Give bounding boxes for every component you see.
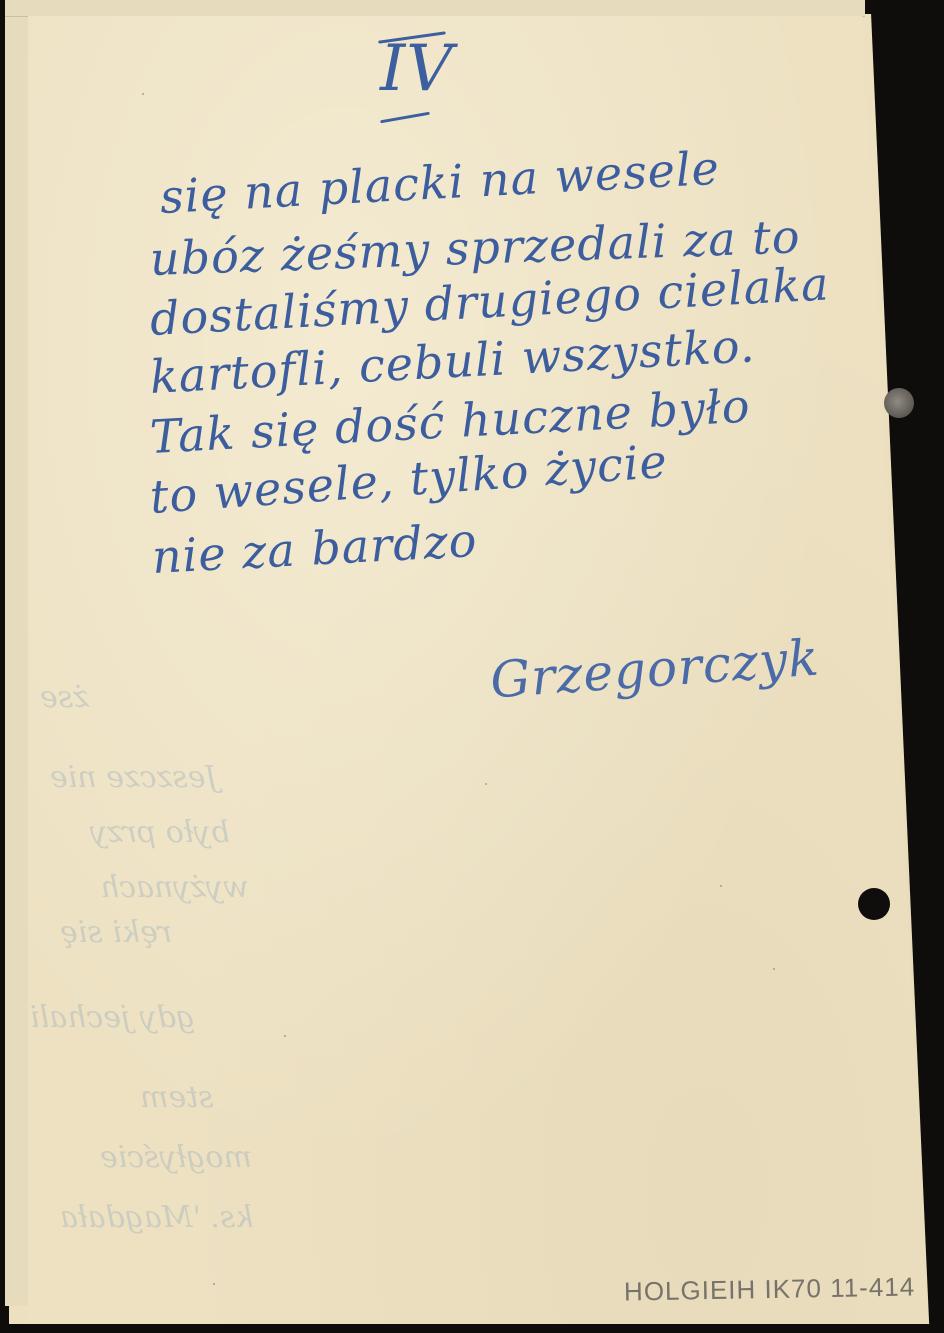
punch-hole: [884, 388, 914, 418]
bleed-through-text: ks. 'Magdała: [60, 1200, 253, 1235]
bleed-through-text: było przy: [90, 815, 230, 850]
bleed-through-text: mogłyście: [100, 1140, 252, 1175]
paper-speck: [720, 885, 722, 887]
paper-speck: [773, 968, 775, 970]
archive-signature: HOLGIEIH IK70 11-414: [624, 1271, 916, 1307]
paper-speck: [213, 1283, 215, 1285]
page-numeral: IV: [380, 32, 454, 106]
sheet-edge-left: [5, 0, 30, 1306]
bleed-through-text: stem: [140, 1080, 214, 1115]
bleed-through-text: gdy jechali: [30, 1000, 195, 1035]
punch-hole: [858, 888, 890, 920]
bleed-through-text: żse: [40, 680, 89, 715]
sheet-edge-top: [5, 0, 865, 17]
scanned-page: żse Jeszcze nie było przy wyżynach ręki …: [0, 0, 944, 1333]
paper-speck: [284, 1035, 286, 1037]
paper-speck: [485, 783, 487, 785]
bleed-through-text: ręki się: [60, 915, 172, 950]
paper-speck: [142, 93, 144, 95]
bleed-through-text: wyżynach: [100, 870, 249, 905]
bleed-through-text: Jeszcze nie: [50, 760, 218, 795]
